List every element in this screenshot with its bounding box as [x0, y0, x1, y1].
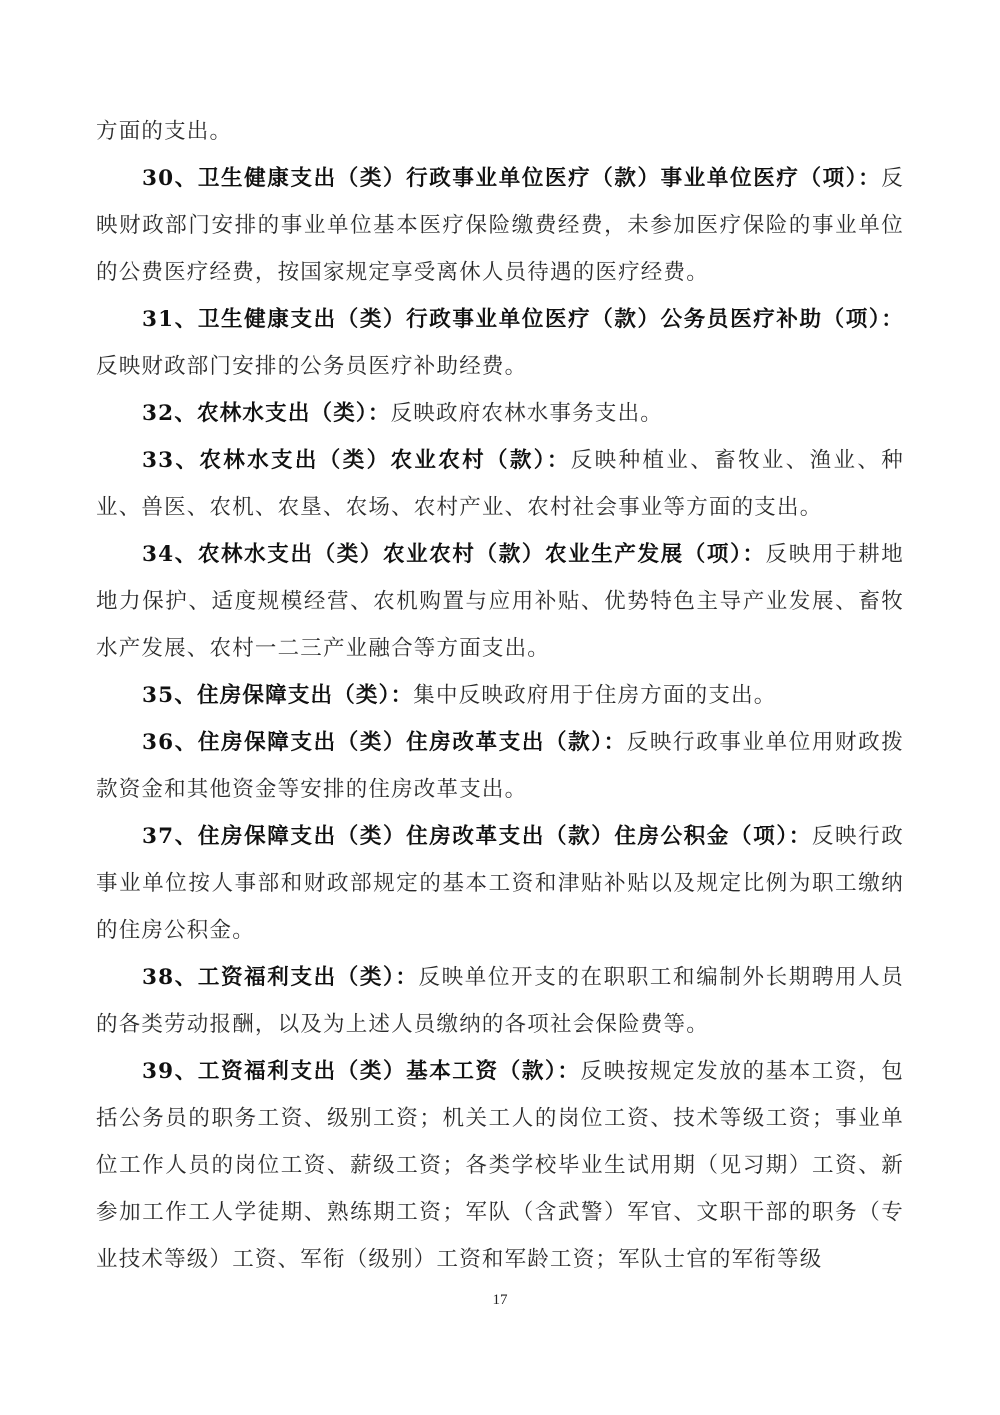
item-heading: 30、卫生健康支出（类）行政事业单位医疗（款）事业单位医疗（项）： [142, 166, 881, 191]
item-heading: 37、住房保障支出（类）住房改革支出（款）住房公积金（项）： [142, 824, 812, 849]
item-33: 33、农林水支出（类）农业农村（款）：反映种植业、畜牧业、渔业、种业、兽医、农机… [96, 437, 904, 531]
page-number: 17 [0, 1292, 1000, 1309]
item-37: 37、住房保障支出（类）住房改革支出（款）住房公积金（项）：反映行政事业单位按人… [96, 813, 904, 954]
item-38: 38、工资福利支出（类）：反映单位开支的在职职工和编制外长期聘用人员的各类劳动报… [96, 954, 904, 1048]
item-32: 32、农林水支出（类）：反映政府农林水事务支出。 [96, 390, 904, 437]
item-body: 反映政府农林水事务支出。 [391, 401, 663, 426]
item-34: 34、农林水支出（类）农业农村（款）农业生产发展（项）：反映用于耕地地力保护、适… [96, 531, 904, 672]
item-heading: 31、卫生健康支出（类）行政事业单位医疗（款）公务员医疗补助（项）： [142, 307, 904, 332]
item-39: 39、工资福利支出（类）基本工资（款）：反映按规定发放的基本工资，包括公务员的职… [96, 1048, 904, 1283]
item-heading: 38、工资福利支出（类）： [142, 965, 419, 990]
item-heading: 36、住房保障支出（类）住房改革支出（款）： [142, 730, 627, 755]
item-heading: 33、农林水支出（类）农业农村（款）： [142, 448, 571, 473]
item-body: 集中反映政府用于住房方面的支出。 [413, 683, 776, 708]
item-35: 35、住房保障支出（类）：集中反映政府用于住房方面的支出。 [96, 672, 904, 719]
item-heading: 39、工资福利支出（类）基本工资（款）： [142, 1059, 581, 1084]
item-heading: 34、农林水支出（类）农业农村（款）农业生产发展（项）： [142, 542, 766, 567]
item-heading: 32、农林水支出（类）： [142, 401, 391, 426]
document-page: 方面的支出。 30、卫生健康支出（类）行政事业单位医疗（款）事业单位医疗（项）：… [96, 108, 904, 1283]
item-body: 反映按规定发放的基本工资，包括公务员的职务工资、级别工资；机关工人的岗位工资、技… [96, 1059, 904, 1272]
item-36: 36、住房保障支出（类）住房改革支出（款）：反映行政事业单位用财政拨款资金和其他… [96, 719, 904, 813]
item-31: 31、卫生健康支出（类）行政事业单位医疗（款）公务员医疗补助（项）：反映财政部门… [96, 296, 904, 390]
item-heading: 35、住房保障支出（类）： [142, 683, 413, 708]
item-30: 30、卫生健康支出（类）行政事业单位医疗（款）事业单位医疗（项）：反映财政部门安… [96, 155, 904, 296]
continuation-paragraph: 方面的支出。 [96, 108, 904, 155]
item-body: 反映财政部门安排的公务员医疗补助经费。 [96, 354, 527, 379]
